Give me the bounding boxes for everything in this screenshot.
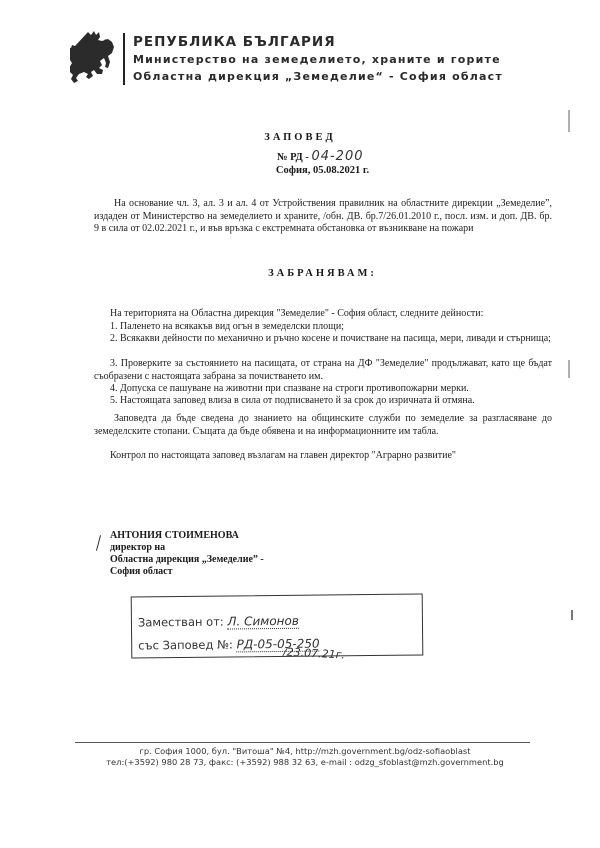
header-ministry: Министерство на земеделието, храните и г…	[133, 53, 501, 66]
header-country: РЕПУБЛИКА БЪЛГАРИЯ	[133, 34, 336, 50]
forbid-item-3: 3. Проверките за състоянието на пасищата…	[94, 358, 552, 383]
header-divider	[123, 33, 125, 85]
signatory-role: директор на	[110, 542, 165, 553]
forbid-item-1: 1. Паленето на всякакъв вид огън в земед…	[110, 321, 550, 334]
forbid-item-2: 2. Всякакви дейности по механично и ръчн…	[94, 333, 552, 346]
signatory-location: София област	[110, 566, 173, 577]
stamp-substituted-label: Заместван от:	[138, 615, 224, 630]
control-paragraph: Контрол по настоящата заповед възлагам н…	[110, 450, 550, 463]
order-number-prefix: № РД -	[277, 152, 311, 163]
scan-margin-mark	[568, 360, 570, 378]
footer-address: гр. София 1000, бул. "Витоша" №4, http:/…	[0, 746, 600, 756]
order-number: № РД - 04-200	[277, 149, 364, 164]
document-title: ЗАПОВЕД	[0, 132, 600, 143]
bulgarian-lion-crest-icon	[70, 28, 120, 86]
stamp-substituted-value: Л. Симонов	[227, 614, 299, 629]
order-number-handwritten: 04-200	[311, 149, 363, 164]
stamp-handwritten-date: /23.07.21г.	[283, 645, 346, 661]
forbid-intro: На територията на Областна дирекция "Зем…	[110, 308, 550, 321]
header-directorate: Областна дирекция „Земеделие“ - София об…	[133, 70, 503, 83]
signature-mark	[96, 535, 101, 551]
preamble-paragraph: На основание чл. 3, ал. 3 и ал. 4 от Уст…	[94, 198, 552, 236]
footer-divider	[75, 742, 530, 743]
forbid-heading: ЗАБРАНЯВАМ:	[0, 268, 600, 279]
signatory-organization: Областна дирекция „Земеделие” -	[110, 554, 264, 565]
substitution-stamp: Заместван от: Л. Симонов със Заповед №: …	[131, 593, 424, 658]
stamp-order-label: със Заповед №:	[138, 637, 233, 652]
signatory-name: АНТОНИЯ СТОИМЕНОВА	[110, 530, 239, 541]
scan-margin-mark	[568, 110, 570, 132]
forbid-item-5: 5. Настоящата заповед влиза в сила от по…	[110, 395, 550, 408]
order-place-date: София, 05.08.2021 г.	[0, 165, 600, 176]
scan-margin-mark	[571, 610, 573, 620]
forbid-item-4: 4. Допуска се пашуване на животни при сп…	[110, 383, 550, 396]
footer-contacts: тел:(+3592) 980 28 73, факс: (+3592) 988…	[0, 757, 600, 767]
announce-paragraph: Заповедта да бъде сведена до знанието на…	[94, 413, 552, 438]
